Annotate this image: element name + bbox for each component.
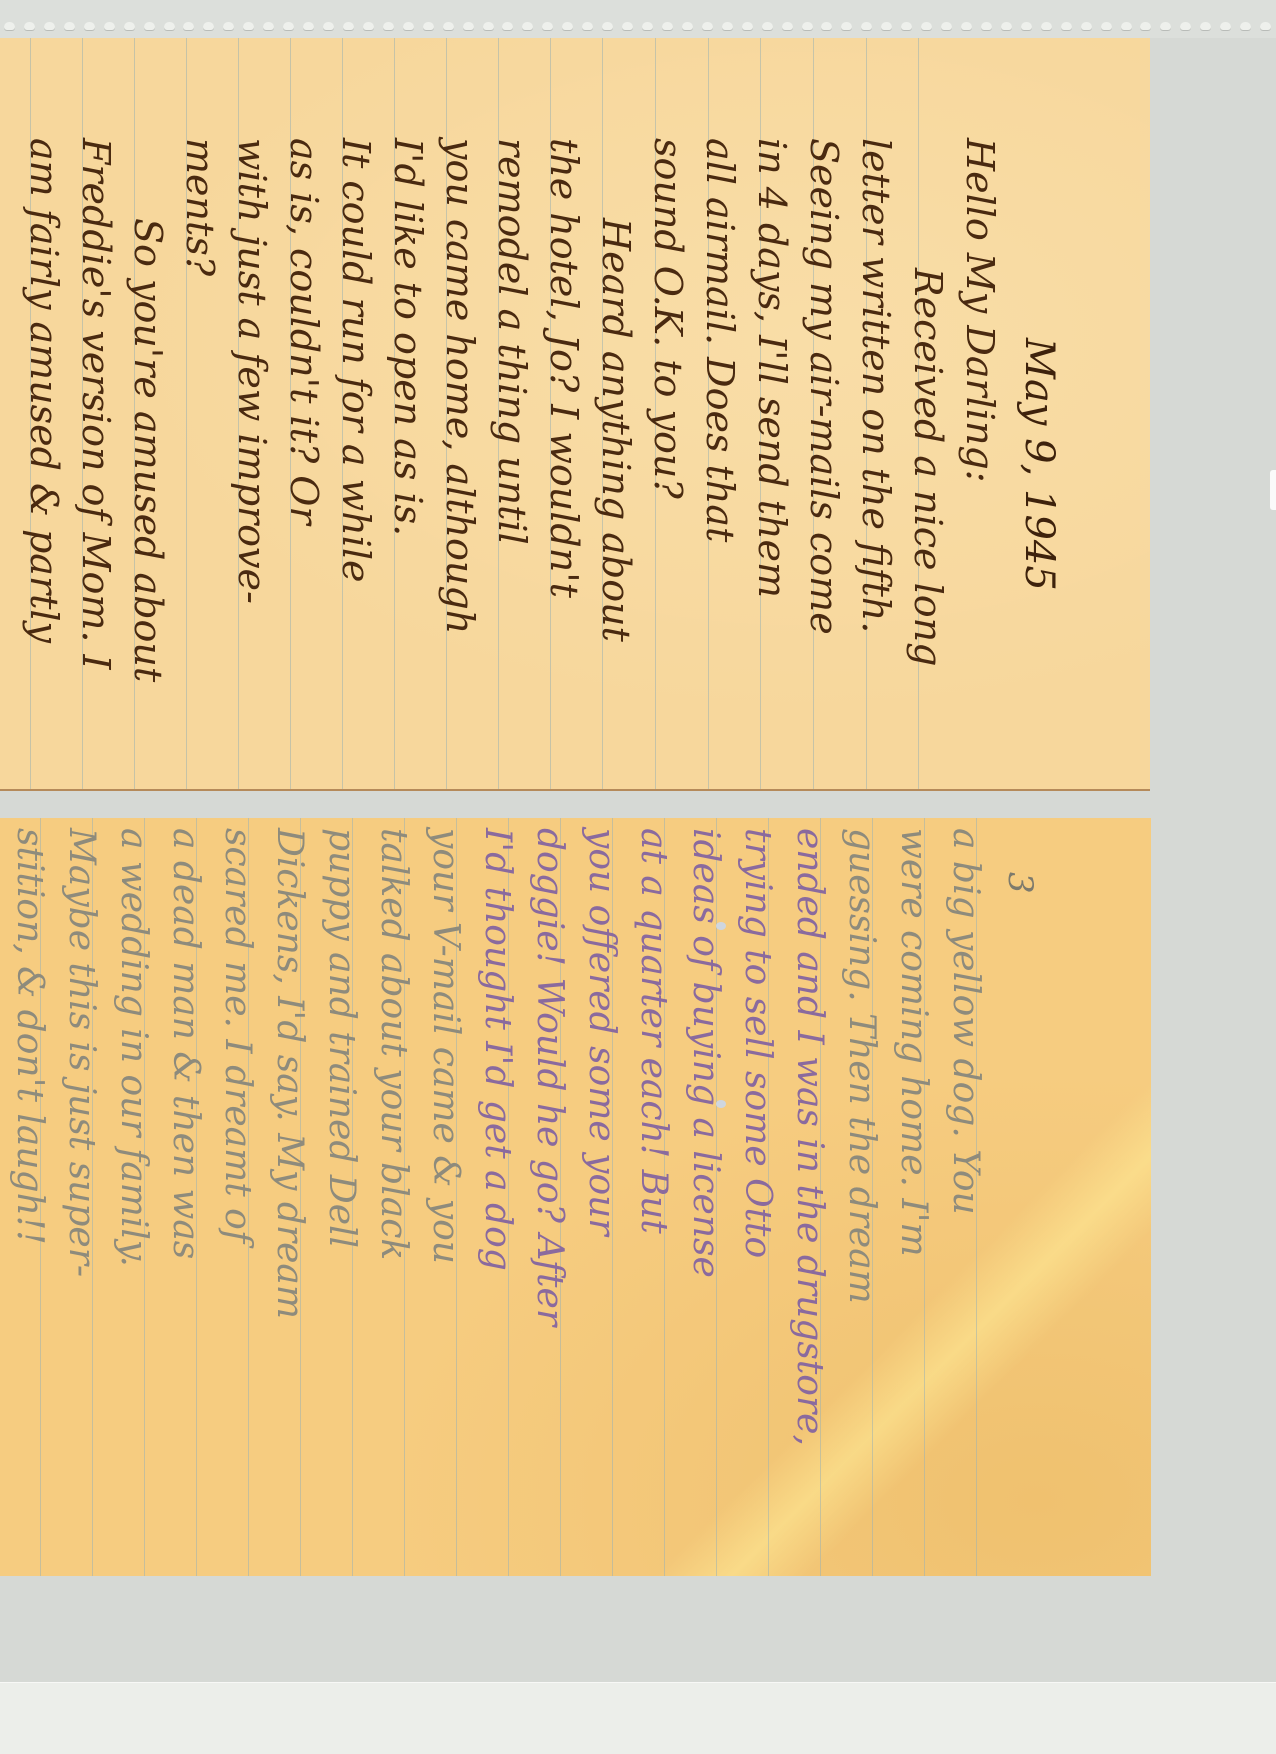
salutation: Hello My Darling: (958, 138, 1002, 483)
letter-line: scared me. I dreamt of (217, 828, 258, 1243)
letter-line: Received a nice long (906, 268, 950, 666)
letter-line: letter written on the fifth. (854, 138, 898, 633)
letter-line: trying to sell some Otto (737, 828, 778, 1258)
letter-line: you came home, although (438, 138, 482, 634)
letter-line: I'd like to open as is. (386, 138, 430, 536)
letter-line: It could run for a while (334, 138, 378, 582)
sheet-protector-tab (1270, 470, 1276, 510)
letter-page-3: 3 a big yellow dog. You were coming home… (0, 818, 1151, 1576)
letter-line: a wedding in our family. (113, 828, 154, 1267)
letter-line: ended and I was in the drugstore, (789, 828, 830, 1446)
letter-line: am fairly amused & partly (22, 138, 66, 643)
letter-line: guessing. Then the dream (841, 828, 882, 1304)
letter-line: remodel a thing until (490, 138, 534, 545)
letter-line: doggie! Would he go? After (529, 828, 570, 1326)
letter-line: Maybe this is just super- (61, 828, 102, 1277)
letter-line: your V-mail came & you (425, 828, 466, 1264)
letter-line: Dickens, I'd say. My dream (269, 828, 310, 1319)
letter-date: May 9, 1945 (1016, 338, 1062, 591)
letter-line: at a quarter each! But (633, 828, 674, 1234)
letter-line: were coming home. I'm (893, 828, 934, 1257)
letter-line: ments? (178, 138, 222, 276)
letter-line: a dead man & then was (165, 828, 206, 1259)
letter-line: So you're amused about (126, 218, 170, 682)
letter-line: all airmail. Does that (698, 138, 742, 542)
page-number: 3 (1000, 872, 1040, 894)
letter-line: as is, couldn't it? Or (282, 138, 326, 525)
letter-page-1: May 9, 1945 Hello My Darling: Received a… (0, 38, 1150, 791)
letter-line: with just a few improve- (230, 138, 274, 604)
scanner-bottom-margin (0, 1682, 1276, 1754)
letter-line: sound O.K. to you? (646, 138, 690, 499)
letter-line: Seeing my air-mails come (802, 138, 846, 635)
letter-line: talked about your black (373, 828, 414, 1260)
letter-line: Heard anything about (594, 218, 638, 642)
letter-line: Freddie's version of Mom. I (74, 138, 118, 670)
letter-line: I'd thought I'd get a dog (477, 828, 518, 1271)
letter-line: stition, & don't laugh!! (9, 828, 50, 1245)
letter-line: the hotel, Jo? I wouldn't (542, 138, 586, 598)
letter-line: you offered some your (581, 828, 622, 1236)
letter-line: a big yellow dog. You (945, 828, 986, 1215)
sheet-protector-perforations (0, 22, 1276, 34)
letter-line: in 4 days, I'll send them (750, 138, 794, 598)
letter-line: ideas of buying a license (685, 828, 726, 1278)
letter-line: puppy and trained Dell (321, 828, 362, 1248)
